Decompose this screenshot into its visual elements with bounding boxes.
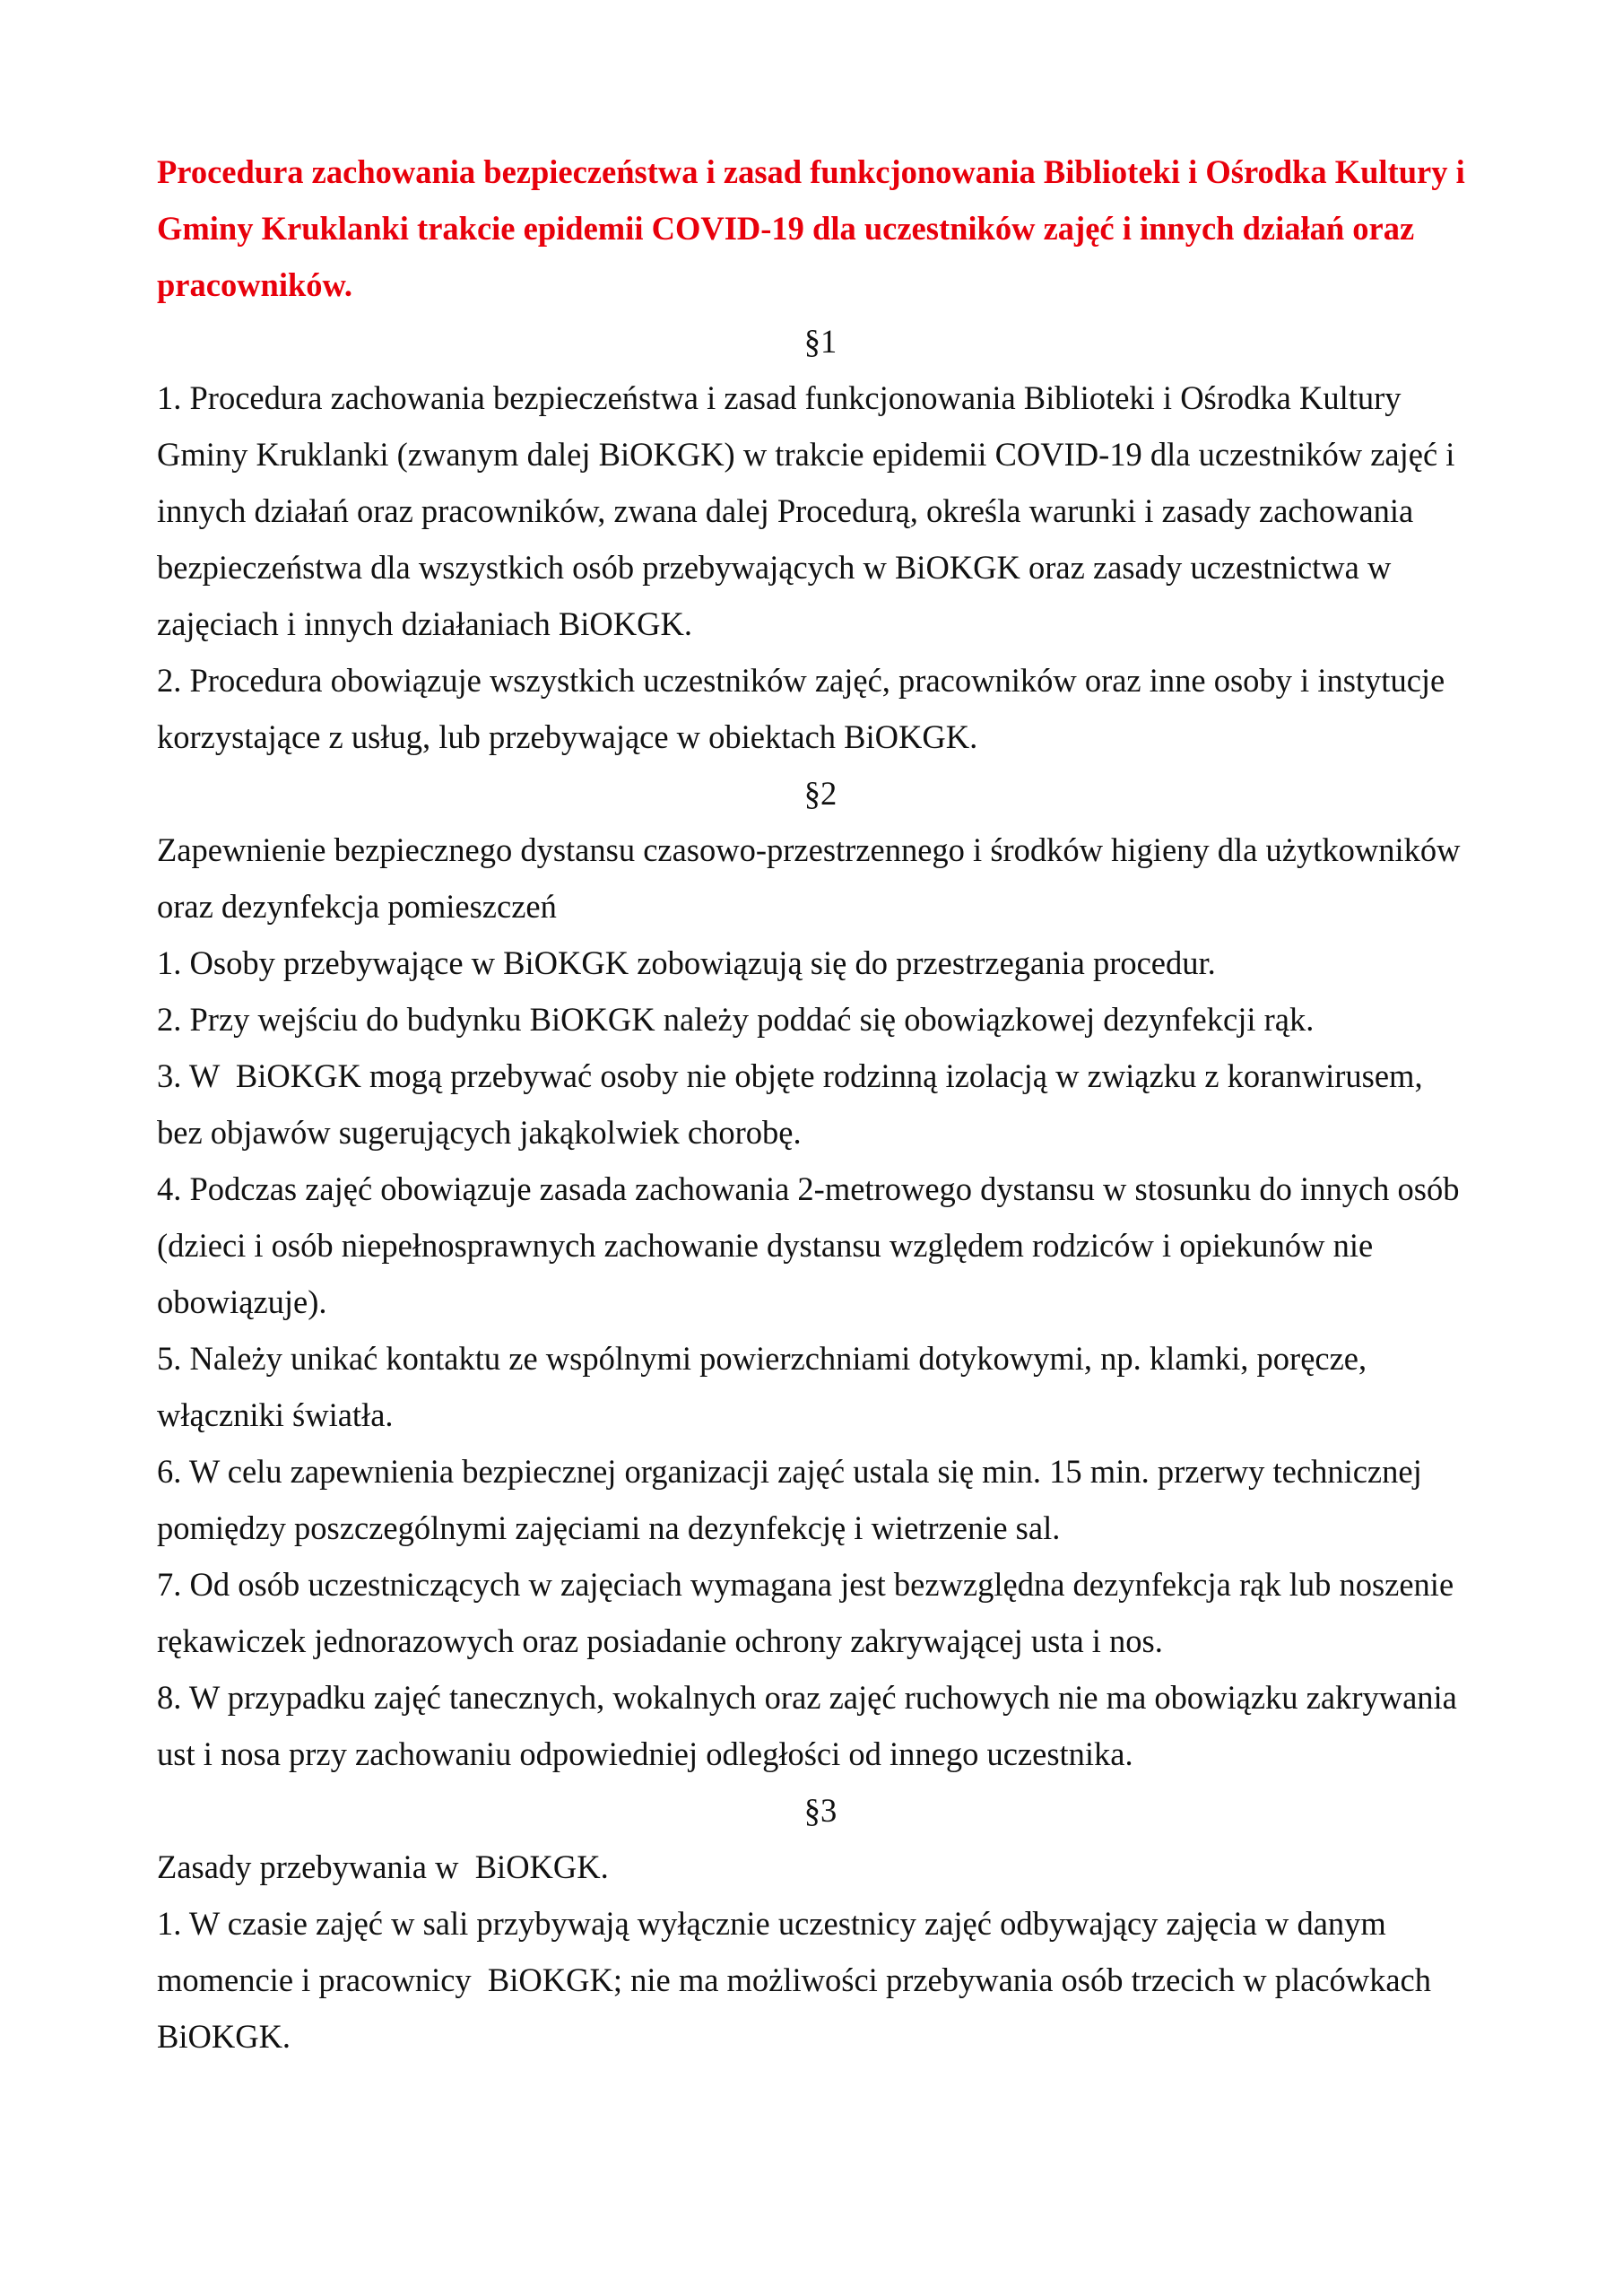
text-line: (dzieci i osób niepełnosprawnych zachowa…	[157, 1217, 1475, 1274]
text-line: 5. Należy unikać kontaktu ze wspólnymi p…	[157, 1330, 1475, 1387]
text-line: BiOKGK.	[157, 2008, 1475, 2065]
paragraph: 1. W czasie zajęć w sali przybywają wyłą…	[157, 1895, 1475, 2065]
text-line: innych działań oraz pracowników, zwana d…	[157, 483, 1475, 539]
section-heading: Zapewnienie bezpiecznego dystansu czasow…	[157, 822, 1475, 935]
section-2: §2 Zapewnienie bezpiecznego dystansu cza…	[157, 765, 1475, 1782]
section-3: §3 Zasady przebywania w BiOKGK. 1. W cza…	[157, 1782, 1475, 2065]
section-1: §1 1. Procedura zachowania bezpieczeństw…	[157, 313, 1475, 765]
text-line: rękawiczek jednorazowych oraz posiadanie…	[157, 1613, 1475, 1669]
text-line: korzystające z usług, lub przebywające w…	[157, 709, 1475, 765]
text-line: pomiędzy poszczególnymi zajęciami na dez…	[157, 1500, 1475, 1556]
text-line: 3. W BiOKGK mogą przebywać osoby nie obj…	[157, 1048, 1475, 1104]
paragraph: 7. Od osób uczestniczących w zajęciach w…	[157, 1556, 1475, 1669]
text-line: 8. W przypadku zajęć tanecznych, wokalny…	[157, 1669, 1475, 1726]
paragraph: 5. Należy unikać kontaktu ze wspólnymi p…	[157, 1330, 1475, 1443]
paragraph: 4. Podczas zajęć obowiązuje zasada zacho…	[157, 1161, 1475, 1330]
text-line: 1. W czasie zajęć w sali przybywają wyłą…	[157, 1895, 1475, 1952]
text-line: 6. W celu zapewnienia bezpiecznej organi…	[157, 1443, 1475, 1500]
title-line: Gminy Kruklanki trakcie epidemii COVID-1…	[157, 200, 1475, 257]
document-page: Procedura zachowania bezpieczeństwa i za…	[157, 143, 1475, 2065]
paragraph: 8. W przypadku zajęć tanecznych, wokalny…	[157, 1669, 1475, 1782]
text-line: Zasady przebywania w BiOKGK.	[157, 1839, 1475, 1895]
document-title: Procedura zachowania bezpieczeństwa i za…	[157, 143, 1475, 313]
text-line: momencie i pracownicy BiOKGK; nie ma moż…	[157, 1952, 1475, 2008]
paragraph: 2. Procedura obowiązuje wszystkich uczes…	[157, 652, 1475, 765]
text-line: 1. Osoby przebywające w BiOKGK zobowiązu…	[157, 935, 1475, 991]
paragraph: 6. W celu zapewnienia bezpiecznej organi…	[157, 1443, 1475, 1556]
text-line: 1. Procedura zachowania bezpieczeństwa i…	[157, 370, 1475, 426]
text-line: 2. Procedura obowiązuje wszystkich uczes…	[157, 652, 1475, 709]
text-line: bez objawów sugerujących jakąkolwiek cho…	[157, 1104, 1475, 1161]
section-mark: §2	[157, 765, 1475, 822]
title-line: Procedura zachowania bezpieczeństwa i za…	[157, 143, 1475, 200]
paragraph: 1. Osoby przebywające w BiOKGK zobowiązu…	[157, 935, 1475, 991]
text-line: obowiązuje).	[157, 1274, 1475, 1330]
text-line: 4. Podczas zajęć obowiązuje zasada zacho…	[157, 1161, 1475, 1217]
text-line: Zapewnienie bezpiecznego dystansu czasow…	[157, 822, 1475, 878]
text-line: Gminy Kruklanki (zwanym dalej BiOKGK) w …	[157, 426, 1475, 483]
paragraph: 2. Przy wejściu do budynku BiOKGK należy…	[157, 991, 1475, 1048]
text-line: 7. Od osób uczestniczących w zajęciach w…	[157, 1556, 1475, 1613]
paragraph: 3. W BiOKGK mogą przebywać osoby nie obj…	[157, 1048, 1475, 1161]
section-heading: Zasady przebywania w BiOKGK.	[157, 1839, 1475, 1895]
section-mark: §1	[157, 313, 1475, 370]
text-line: 2. Przy wejściu do budynku BiOKGK należy…	[157, 991, 1475, 1048]
text-line: ust i nosa przy zachowaniu odpowiedniej …	[157, 1726, 1475, 1782]
text-line: zajęciach i innych działaniach BiOKGK.	[157, 596, 1475, 652]
title-line: pracowników.	[157, 257, 1475, 313]
text-line: bezpieczeństwa dla wszystkich osób przeb…	[157, 539, 1475, 596]
section-mark: §3	[157, 1782, 1475, 1839]
paragraph: 1. Procedura zachowania bezpieczeństwa i…	[157, 370, 1475, 652]
text-line: włączniki światła.	[157, 1387, 1475, 1443]
text-line: oraz dezynfekcja pomieszczeń	[157, 878, 1475, 935]
